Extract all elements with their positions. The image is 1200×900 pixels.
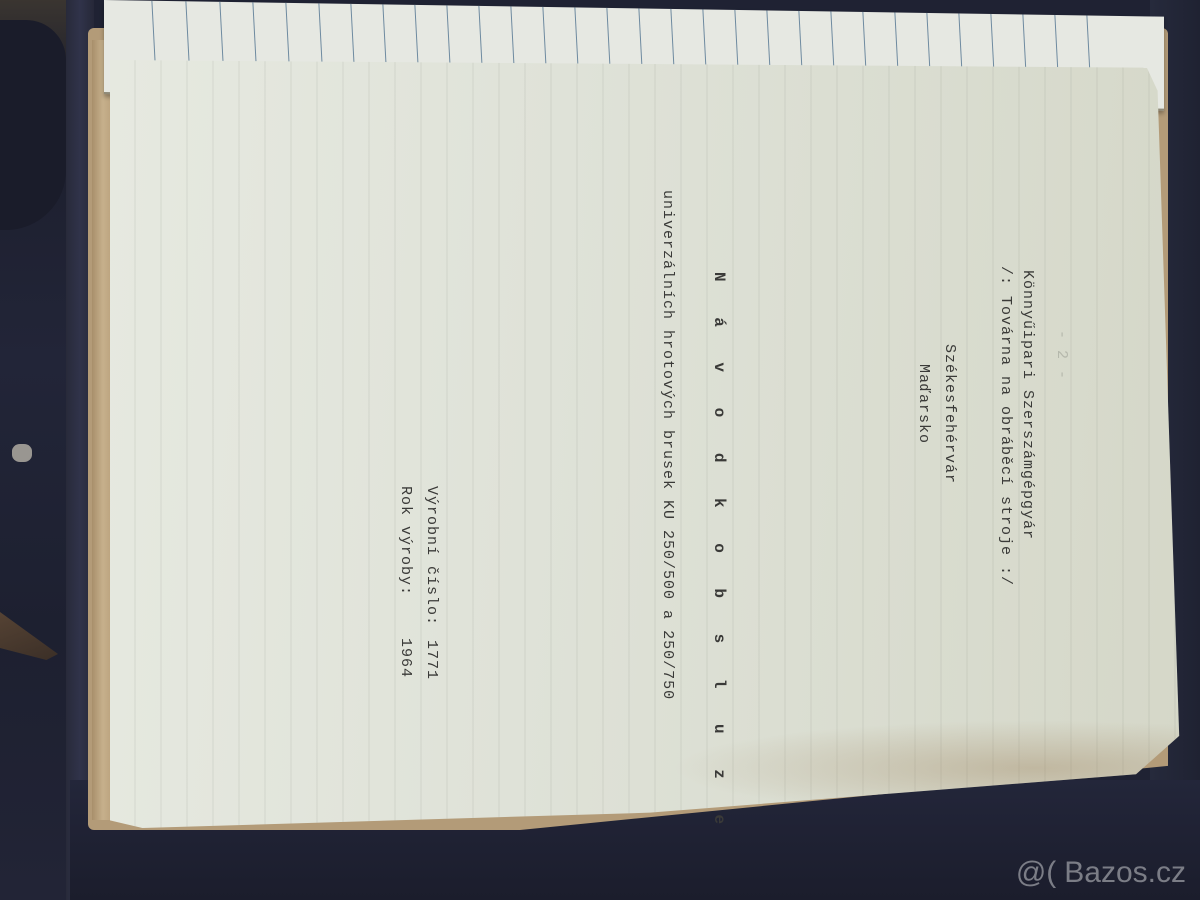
fabric-background-left <box>0 0 70 900</box>
bazos-logo-icon: @( <box>1016 856 1056 889</box>
page-marker: - 2 - <box>1053 330 1070 380</box>
city: Székesfehérvár <box>941 344 958 484</box>
manufacturer-line: Könnyűipari Szerszámgépgyár <box>1019 270 1036 540</box>
serial-label: Výrobní číslo: <box>423 486 440 626</box>
year-value: 1964 <box>397 638 414 678</box>
watermark-text: Bazos.cz <box>1064 856 1186 889</box>
document-title: N á v o d k o b s l u z e <box>710 272 728 837</box>
country: Maďarsko <box>915 364 932 444</box>
bazos-watermark: @(Bazos.cz <box>1016 856 1186 890</box>
serial-value: 1771 <box>423 640 440 680</box>
paper-fleck <box>12 444 32 462</box>
year-label: Rok výroby: <box>397 486 414 596</box>
manufacturer-translation: /: Továrna na obráběcí stroje :/ <box>997 266 1014 586</box>
cardboard-scrap <box>0 600 58 660</box>
fabric-fold <box>0 20 66 230</box>
document-subtitle: univerzálních hrotových brusek KU 250/50… <box>659 190 676 700</box>
